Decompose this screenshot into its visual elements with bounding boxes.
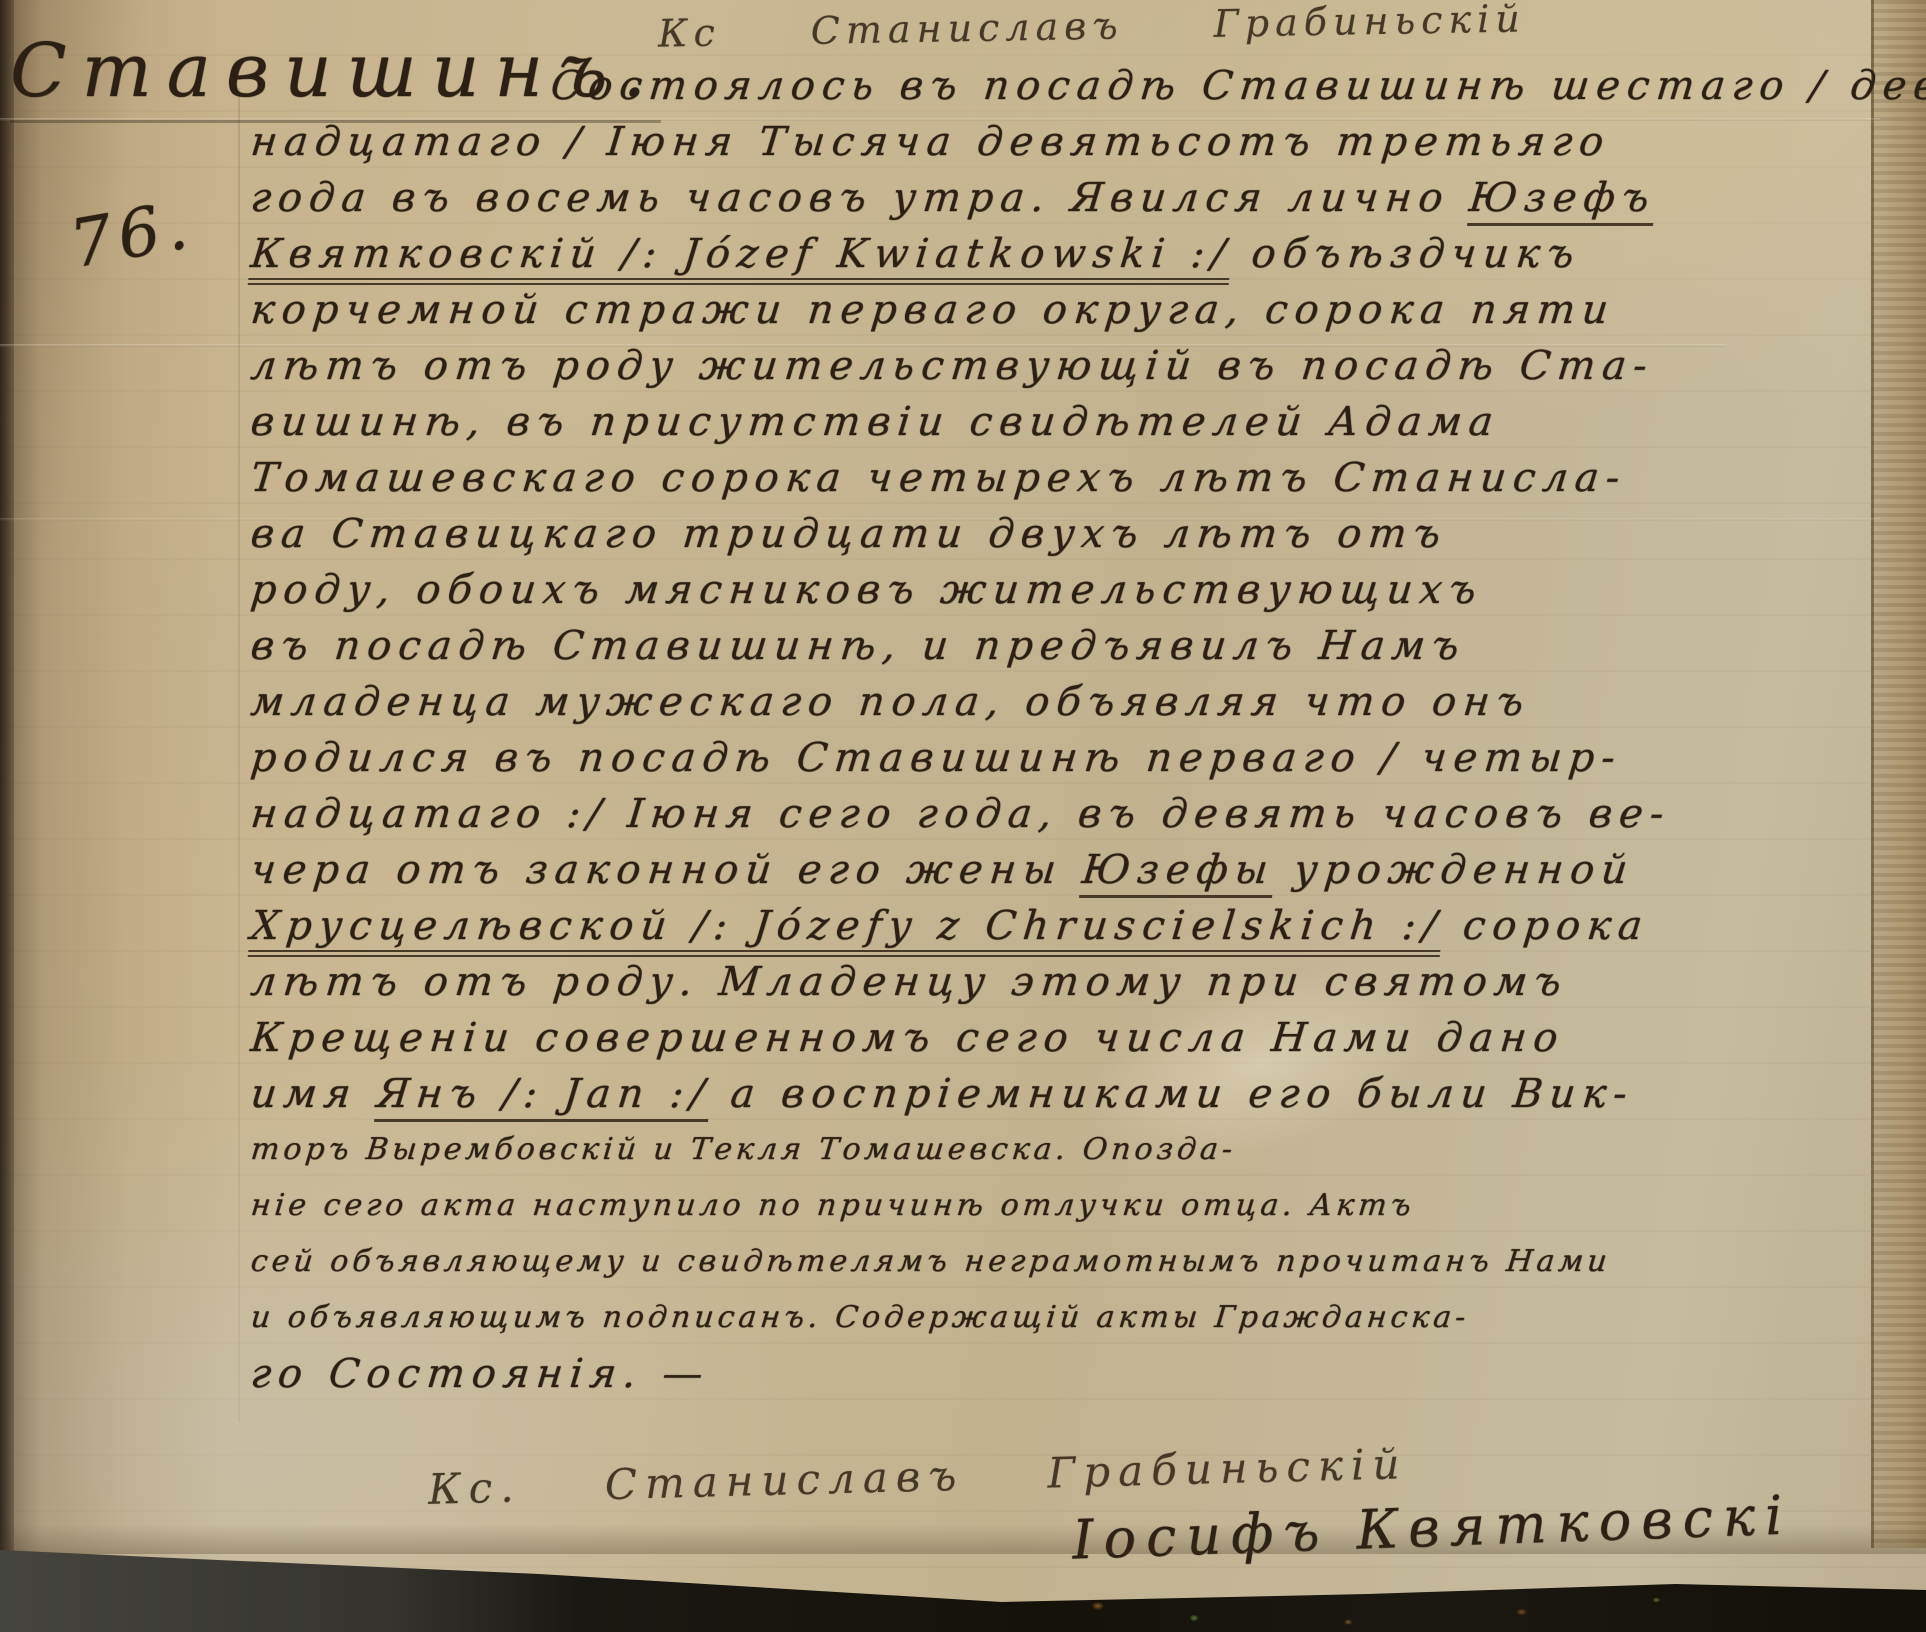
record-text-segment: урожденной — [1272, 847, 1636, 893]
record-text-segment: младенца мужескаго пола, объявляя что он… — [249, 679, 1533, 725]
record-emphasized-name: Юзефъ — [1467, 175, 1659, 226]
record-line: го Состоянія. — — [248, 1346, 1602, 1402]
record-line: ва Ставицкаго тридцати двухъ лѣтъ отъ — [248, 506, 1602, 562]
record-text-segment: а воспріемниками его были Вик- — [709, 1071, 1637, 1117]
record-text-segment: торъ Вырембовскій и Текля Томашевска. Оп… — [249, 1132, 1238, 1167]
book-spine-edge — [0, 0, 14, 1632]
margin-rule-line — [238, 88, 240, 1422]
record-emphasized-name: Юзефы — [1079, 847, 1276, 898]
record-line: торъ Вырембовскій и Текля Томашевска. Оп… — [248, 1122, 1602, 1178]
record-line: чера отъ законной его жены Юзефы урожден… — [248, 842, 1602, 898]
record-text-segment: лѣтъ отъ роду. Младенцу этому при святом… — [249, 959, 1571, 1005]
record-text-segment: сей объявляющему и свидѣтелямъ неграмотн… — [249, 1244, 1612, 1279]
record-line: Хрусцелѣвской /: Józefy z Chruscielskich… — [248, 898, 1602, 954]
record-line: вишинѣ, въ присутствіи свидѣтелей Адама — [248, 394, 1602, 450]
record-line: года въ восемь часовъ утра. Явился лично… — [248, 170, 1602, 226]
record-line: ніе сего акта наступило по причинѣ отлуч… — [248, 1178, 1602, 1234]
record-text-segment: объѣздчикъ — [1230, 231, 1583, 277]
record-emphasized-name: Хрусцелѣвской /: Józefy z Chruscielskich… — [248, 903, 1446, 957]
record-line: сей объявляющему и свидѣтелямъ неграмотн… — [248, 1234, 1602, 1290]
record-text-segment: надцатаго :/ Іюня сего года, въ девять ч… — [249, 791, 1673, 837]
record-line: Крещеніи совершенномъ сего числа Нами да… — [248, 1010, 1602, 1066]
record-line: роду, обоихъ мясниковъ жительствующихъ — [248, 562, 1602, 618]
record-line: родился въ посадѣ Ставишинѣ перваго / че… — [248, 730, 1602, 786]
record-text-segment: въ посадѣ Ставишинѣ, и предъявилъ Намъ — [249, 623, 1469, 669]
record-text-segment: Состоялось въ посадѣ Ставишинѣ шестаго /… — [549, 63, 1926, 109]
record-line: въ посадѣ Ставишинѣ, и предъявилъ Намъ — [248, 618, 1602, 674]
record-text-segment: роду, обоихъ мясниковъ жительствующихъ — [249, 567, 1486, 613]
record-text-segment: чера отъ законной его жены — [249, 847, 1085, 893]
record-line: Квятковскій /: Józef Kwiatkowski :/ объѣ… — [248, 226, 1602, 282]
record-text-segment: вишинѣ, въ присутствіи свидѣтелей Адама — [249, 399, 1503, 445]
record-text-segment: родился въ посадѣ Ставишинѣ перваго / че… — [249, 735, 1625, 781]
page-right-edge — [1871, 0, 1926, 1548]
page-bottom-shadow — [0, 1524, 1926, 1554]
record-text-segment: сорока — [1441, 903, 1651, 949]
record-text-segment: го Состоянія. — — [249, 1351, 712, 1397]
record-line: надцатаго / Іюня Тысяча девятьсотъ треть… — [248, 114, 1602, 170]
record-line: Состоялось въ посадѣ Ставишинѣ шестаго /… — [248, 58, 1602, 114]
record-line: младенца мужескаго пола, объявляя что он… — [248, 674, 1602, 730]
record-text-segment: ва Ставицкаго тридцати двухъ лѣтъ отъ — [249, 511, 1450, 557]
record-text: Состоялось въ посадѣ Ставишинѣ шестаго /… — [248, 58, 1596, 1402]
record-text-segment: имя — [249, 1071, 380, 1117]
priest-header-signature: Кс Станиславъ Грабиньскій — [658, 0, 1526, 56]
record-text-segment: и объявляющимъ подписанъ. Содержащій акт… — [249, 1300, 1471, 1335]
record-text-segment: Томашевскаго сорока четырехъ лѣтъ Станис… — [249, 455, 1629, 501]
register-page-scan: Кс Станиславъ Грабиньскій Ставишинъ. 76.… — [0, 0, 1926, 1632]
record-text-segment: лѣтъ отъ роду жительствующій въ посадѣ С… — [249, 343, 1657, 389]
act-number: 76. — [64, 186, 198, 283]
record-text-segment: года въ восемь часовъ утра. Явился лично — [249, 175, 1472, 221]
record-line: надцатаго :/ Іюня сего года, въ девять ч… — [248, 786, 1602, 842]
record-text-segment: Крещеніи совершенномъ сего числа Нами да… — [249, 1015, 1567, 1061]
record-text-segment: надцатаго / Іюня Тысяча девятьсотъ треть… — [249, 119, 1613, 165]
record-text-segment: ніе сего акта наступило по причинѣ отлуч… — [249, 1188, 1416, 1223]
record-line: и объявляющимъ подписанъ. Содержащій акт… — [248, 1290, 1602, 1346]
record-emphasized-name: Квятковскій /: Józef Kwiatkowski :/ — [248, 231, 1235, 285]
record-text-segment: корчемной стражи перваго округа, сорока … — [249, 287, 1618, 333]
record-line: Томашевскаго сорока четырехъ лѣтъ Станис… — [248, 450, 1602, 506]
record-line: лѣтъ отъ роду. Младенцу этому при святом… — [248, 954, 1602, 1010]
record-line: лѣтъ отъ роду жительствующій въ посадѣ С… — [248, 338, 1602, 394]
record-line: корчемной стражи перваго округа, сорока … — [248, 282, 1602, 338]
record-line: имя Янъ /: Jan :/ а воспріемниками его б… — [248, 1066, 1602, 1122]
record-emphasized-name: Янъ /: Jan :/ — [374, 1071, 713, 1122]
